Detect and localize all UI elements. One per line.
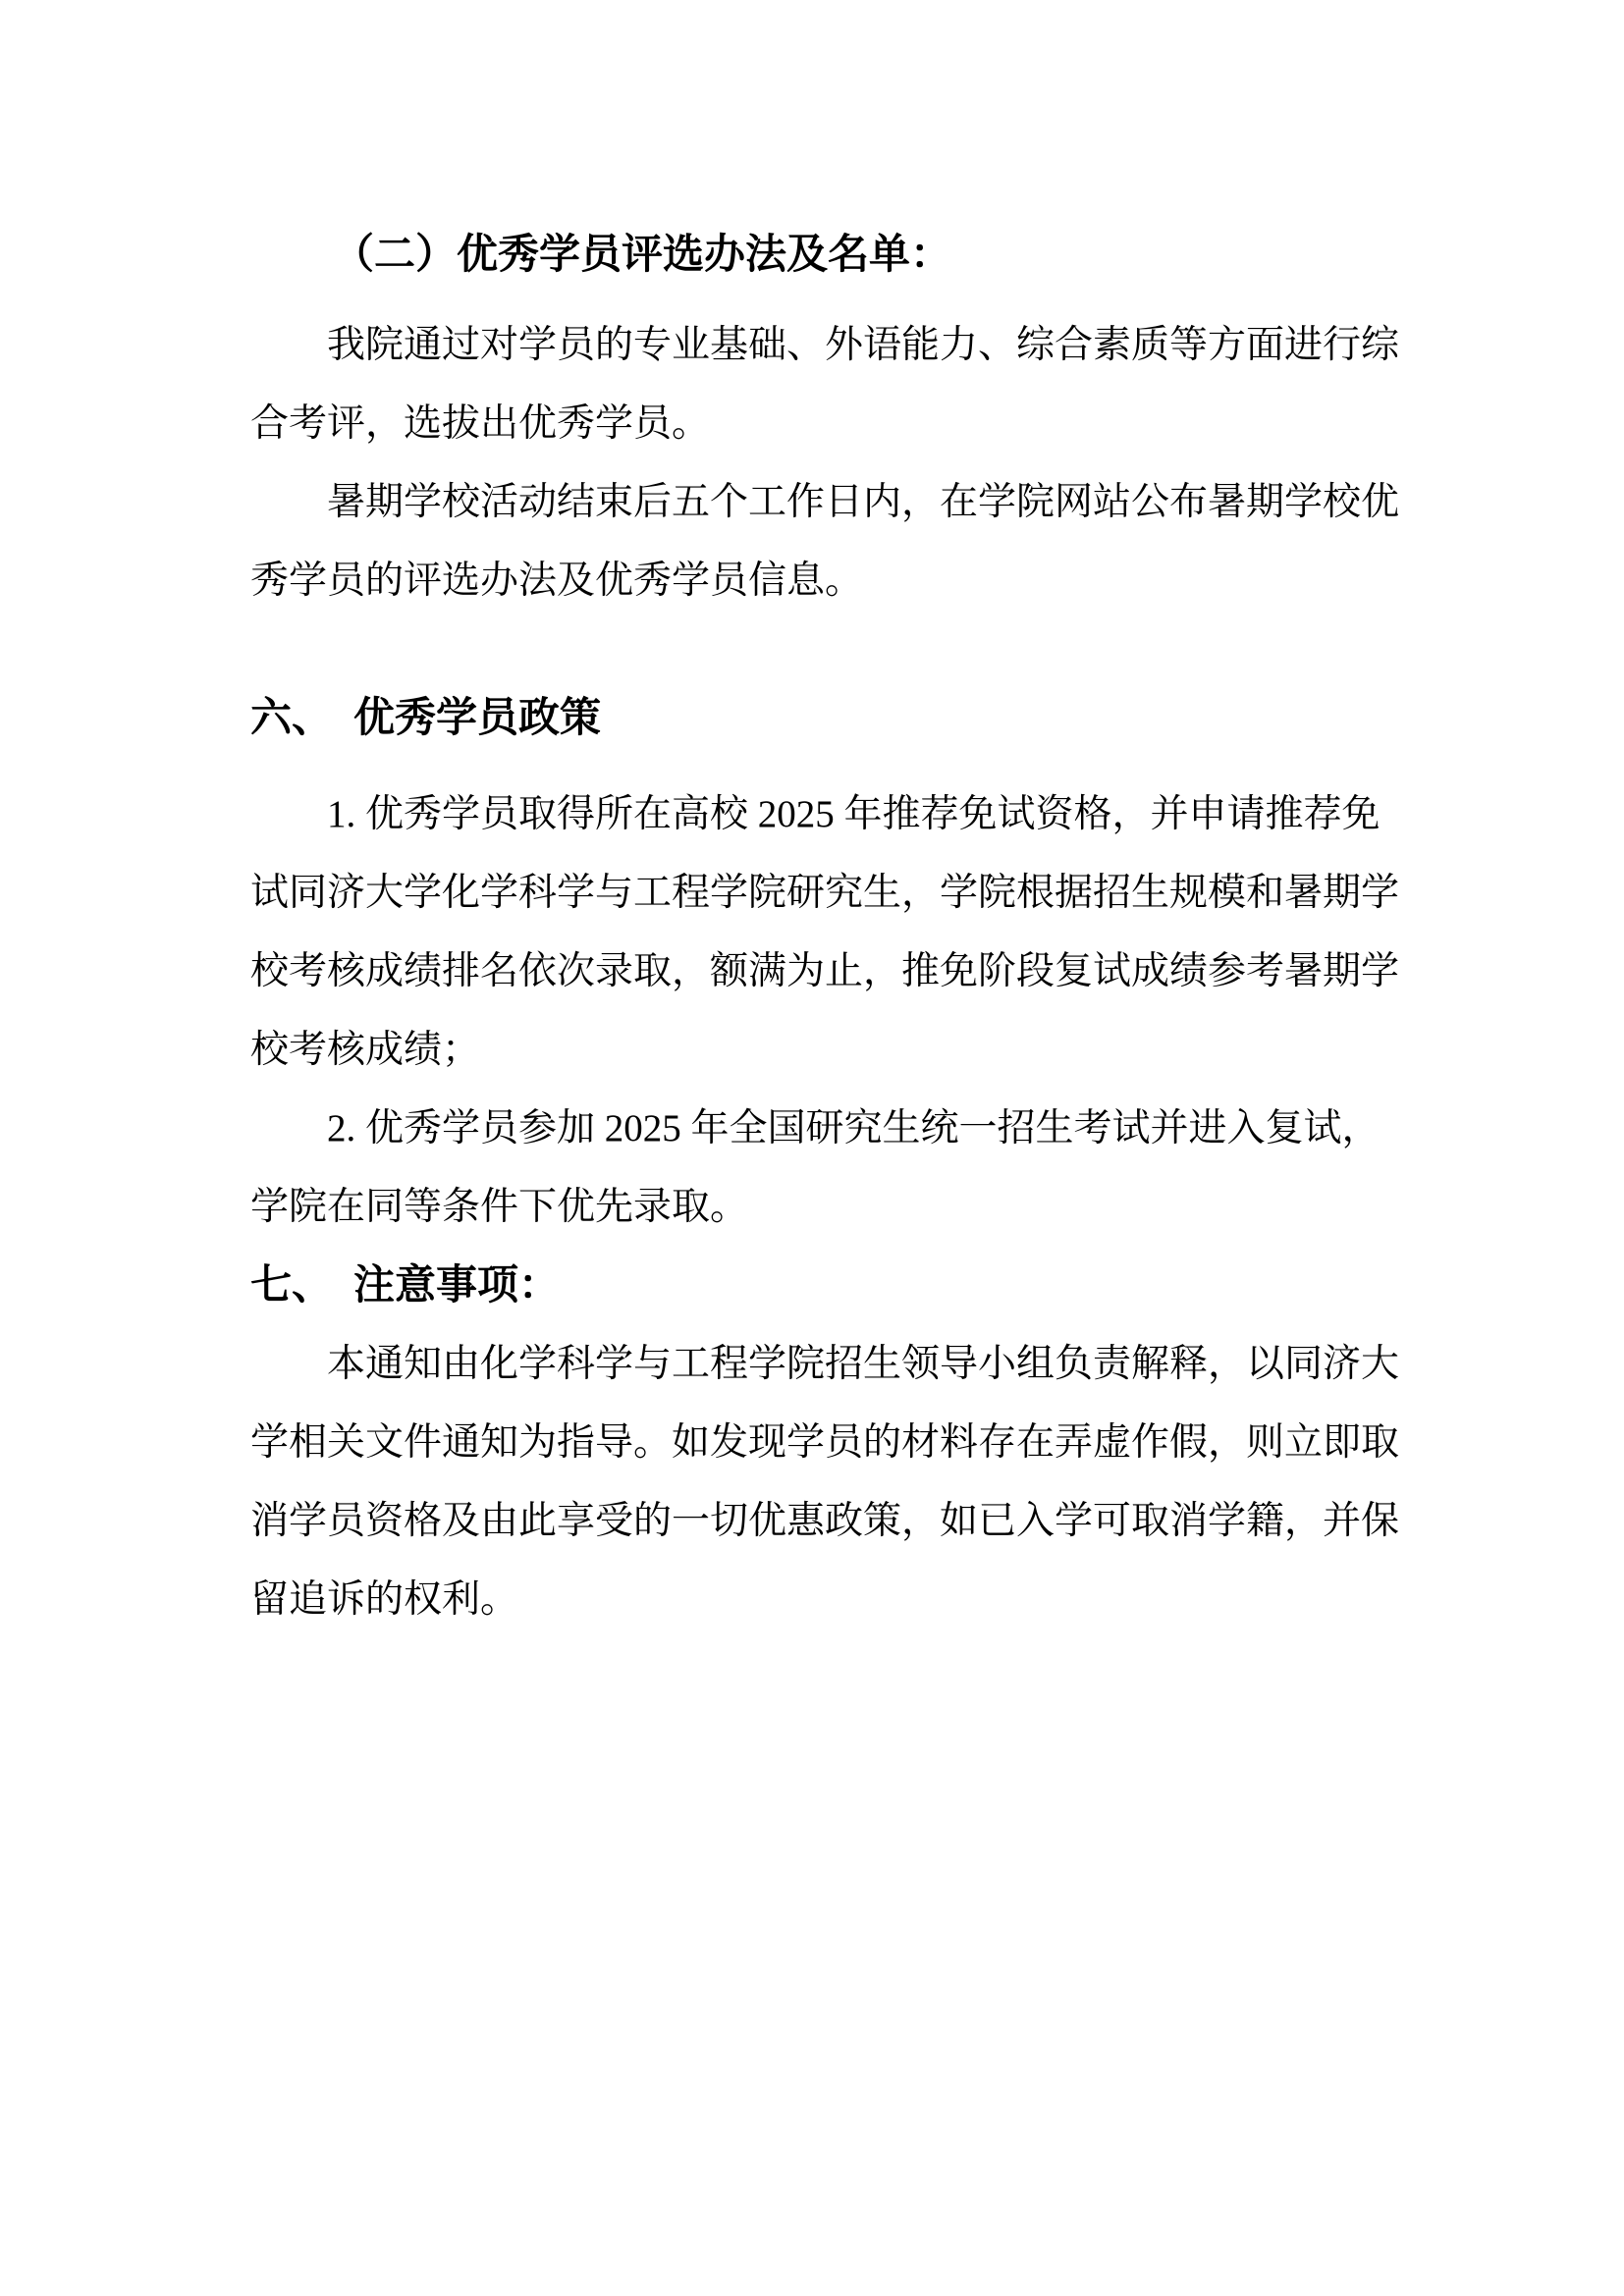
section-6-heading: 六、 优秀学员政策 [250,679,1507,758]
subsection-2-heading: （二）优秀学员评选办法及名单： [250,216,1507,294]
section-7-heading: 七、 注意事项： [250,1247,1507,1325]
para-selection-method: 我院通过对学员的专业基础、外语能力、综合素质等方面进行综 合考评，选拔出优秀学员… [250,306,1507,463]
para-notes: 本通知由化学科学与工程学院招生领导小组负责解释，以同济大 学相关文件通知为指导。… [250,1325,1507,1639]
para-policy-item-2: 2. 优秀学员参加 2025 年全国研究生统一招生考试并进入复试， 学院在同等条… [250,1090,1507,1247]
para-announcement: 暑期学校活动结束后五个工作日内，在学院网站公布暑期学校优 秀学员的评选办法及优秀… [250,463,1507,620]
document-body: （二）优秀学员评选办法及名单： 我院通过对学员的专业基础、外语能力、综合素质等方… [250,216,1507,1639]
document-page: （二）优秀学员评选办法及名单： 我院通过对学员的专业基础、外语能力、综合素质等方… [0,0,1624,2296]
para-policy-item-1: 1. 优秀学员取得所在高校 2025 年推荐免试资格，并申请推荐免 试同济大学化… [250,775,1507,1090]
